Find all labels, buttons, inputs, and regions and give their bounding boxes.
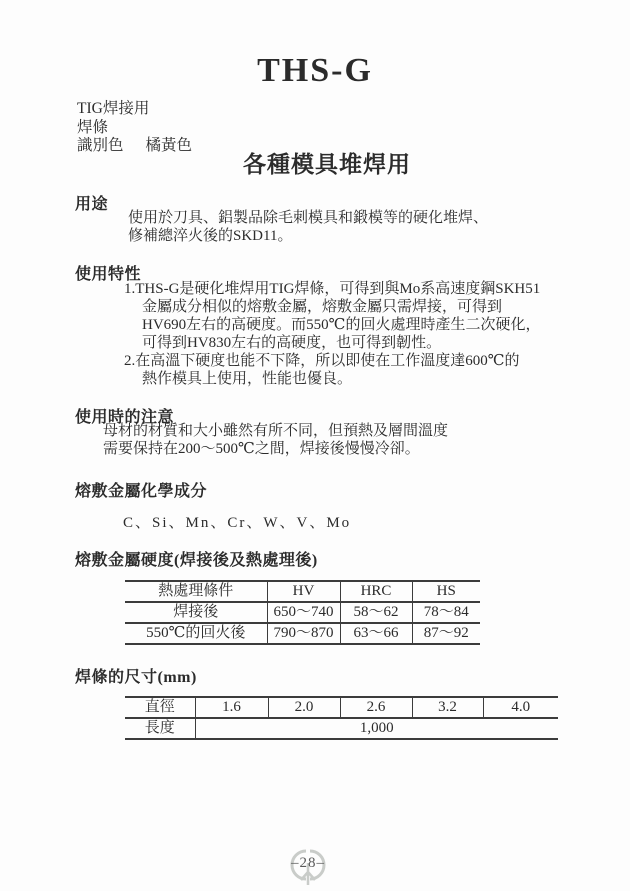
hardness-cell: 78～84: [412, 602, 480, 623]
usage-line: 使用於刀具、鋁製品除毛刺模具和鍛模等的硬化堆焊、: [128, 209, 488, 227]
datasheet-page: THS-G TIG焊接用 焊條 識別色橘黃色 各種模具堆焊用 用途 使用於刀具、…: [0, 0, 630, 891]
hardness-header-hs: HS: [412, 581, 480, 602]
features-body: 1.THS-G是硬化堆焊用TIG焊條，可得到與Mo系高速度鋼SKH51 金屬成分…: [0, 280, 540, 388]
hardness-cell: 550℃的回火後: [125, 623, 267, 644]
product-type-block: TIG焊接用 焊條 識別色橘黃色: [77, 100, 192, 156]
hardness-header-condition: 熱處理條件: [125, 581, 267, 602]
usage-body: 使用於刀具、鋁製品除毛刺模具和鍛模等的硬化堆焊、 修補總淬火後的SKD11。: [128, 209, 488, 245]
product-type-line: TIG焊接用: [77, 100, 192, 119]
section-heading-dimensions: 焊條的尺寸(mm): [75, 664, 197, 687]
composition-elements: C、Si、Mn、Cr、W、V、Mo: [123, 511, 351, 532]
hardness-cell: 650～740: [267, 602, 340, 623]
length-row: 長度 1,000: [125, 718, 558, 739]
hardness-cell: 58～62: [340, 602, 412, 623]
hardness-cell: 焊接後: [125, 602, 267, 623]
diameter-value: 2.6: [340, 697, 412, 718]
feature-item-line: 金屬成分相似的熔敷金屬，熔敷金屬只需焊接，可得到: [142, 298, 540, 316]
page-footer: –28–: [0, 845, 630, 891]
caution-body: 母材的材質和大小雖然有所不同，但預熱及層間溫度 需要保持在200～500℃之間，…: [103, 422, 448, 458]
diameter-value: 2.0: [268, 697, 340, 718]
diameter-row: 直徑 1.6 2.0 2.6 3.2 4.0: [125, 697, 558, 718]
product-form-line: 焊條: [77, 119, 192, 138]
dimensions-table: 直徑 1.6 2.0 2.6 3.2 4.0 長度 1,000: [125, 696, 558, 740]
section-heading-usage: 用途: [75, 191, 108, 214]
length-value: 1,000: [195, 718, 558, 739]
hardness-header-hrc: HRC: [340, 581, 412, 602]
caution-line: 需要保持在200～500℃之間，焊接後慢慢冷卻。: [103, 440, 448, 458]
length-label: 長度: [125, 718, 195, 739]
identification-color-line: 識別色橘黃色: [77, 137, 192, 156]
diameter-label: 直徑: [125, 697, 195, 718]
identification-color-value: 橘黃色: [146, 137, 193, 154]
hardness-cell: 790～870: [267, 623, 340, 644]
table-row: 550℃的回火後 790～870 63～66 87～92: [125, 623, 480, 644]
section-heading-composition: 熔敷金屬化學成分: [75, 478, 207, 501]
feature-item-line: 2.在高溫下硬度也能不下降，所以即使在工作溫度達600℃的: [124, 352, 540, 370]
hardness-header-hv: HV: [267, 581, 340, 602]
feature-item-line: HV690左右的高硬度。而550℃的回火處理時產生二次硬化，: [142, 316, 540, 334]
diameter-value: 1.6: [195, 697, 268, 718]
diameter-value: 3.2: [412, 697, 483, 718]
diameter-value: 4.0: [483, 697, 558, 718]
page-number: –28–: [278, 855, 338, 872]
feature-item-line: 熱作模具上使用，性能也優良。: [142, 370, 540, 388]
hardness-cell: 87～92: [412, 623, 480, 644]
section-heading-hardness: 熔敷金屬硬度(焊接後及熱處理後): [75, 547, 318, 570]
application-heading: 各種模具堆焊用: [243, 146, 411, 179]
hardness-table-header-row: 熱處理條件 HV HRC HS: [125, 581, 480, 602]
page-title: THS-G: [0, 52, 630, 90]
usage-line: 修補總淬火後的SKD11。: [128, 227, 488, 245]
feature-item-line: 1.THS-G是硬化堆焊用TIG焊條，可得到與Mo系高速度鋼SKH51: [124, 280, 540, 298]
caution-line: 母材的材質和大小雖然有所不同，但預熱及層間溫度: [103, 422, 448, 440]
identification-color-label: 識別色: [77, 137, 124, 154]
feature-item-line: 可得到HV830左右的高硬度，也可得到韌性。: [142, 334, 540, 352]
hardness-table: 熱處理條件 HV HRC HS 焊接後 650～740 58～62 78～84 …: [125, 580, 480, 645]
hardness-cell: 63～66: [340, 623, 412, 644]
table-row: 焊接後 650～740 58～62 78～84: [125, 602, 480, 623]
